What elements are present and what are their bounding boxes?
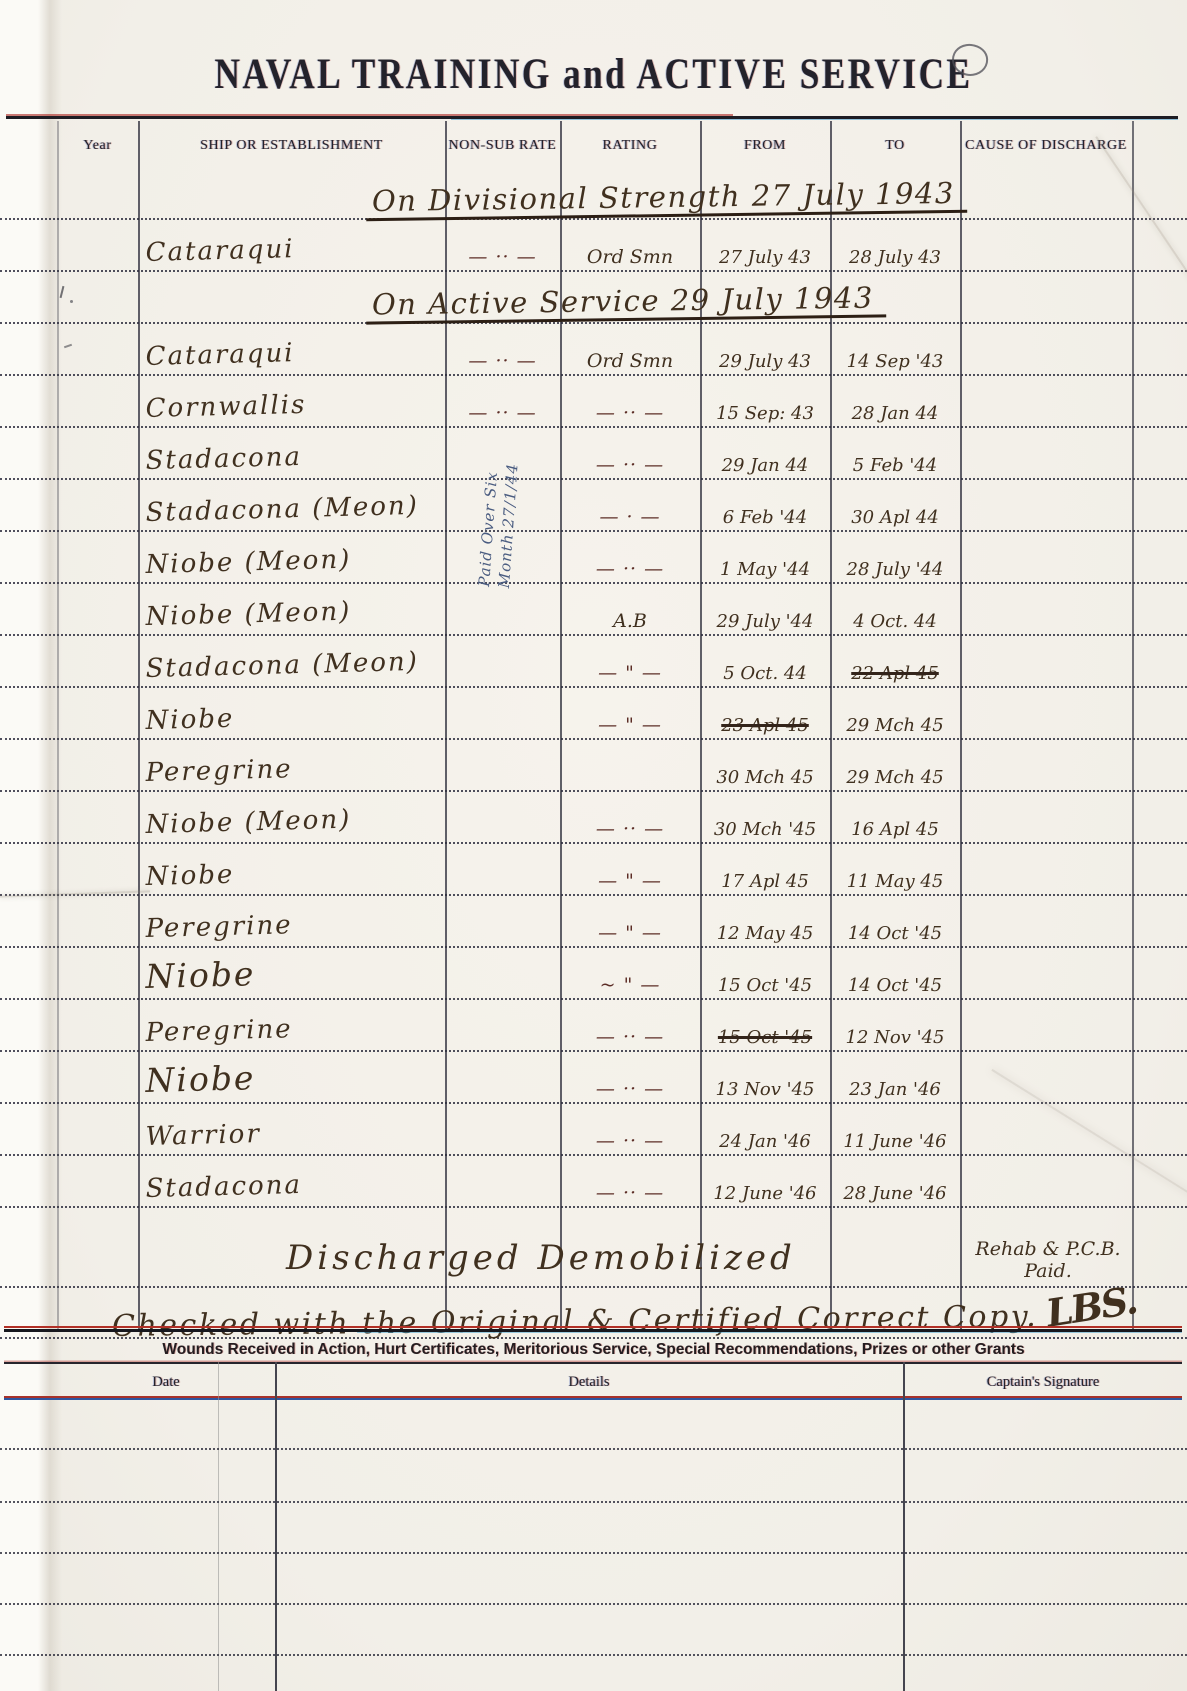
service-entry-row: Stadacona (Meon)— " —5 Oct. 4422 Apl 45 <box>0 636 1187 688</box>
cell-rating: — " — <box>560 662 700 684</box>
cause-of-discharge-note: Rehab & P.C.B. Paid. <box>962 1239 1134 1282</box>
cell-to: 29 Mch 45 <box>830 767 960 788</box>
cell-to: 4 Oct. 44 <box>830 611 960 632</box>
cell-rating: — " — <box>560 870 700 892</box>
service-entry-row: Peregrine— ·· —15 Oct '4512 Nov '45 <box>0 1000 1187 1052</box>
service-col-from: FROM <box>700 138 830 154</box>
cell-ship: Niobe <box>145 704 235 736</box>
cell-to: 23 Jan '46 <box>830 1079 960 1100</box>
certified-copy-text: Checked with the Original & Certified Co… <box>112 1299 1039 1344</box>
service-entry-row: Cornwallis— ·· —— ·· —15 Sep: 4328 Jan 4… <box>0 376 1187 428</box>
cell-ship: Warrior <box>145 1119 261 1152</box>
service-entry-row: Niobe (Meon)— ·· —30 Mch '4516 Apl 45 <box>0 792 1187 844</box>
cell-ship: Peregrine <box>145 910 293 944</box>
cell-ship: Cataraqui <box>145 338 295 372</box>
service-col-ship-or-establishment: SHIP OR ESTABLISHMENT <box>138 138 445 154</box>
cell-ship: Peregrine <box>145 1014 293 1048</box>
cell-rating: — ·· — <box>560 1182 700 1204</box>
cell-rating: — ·· — <box>560 1026 700 1048</box>
service-col-year: Year <box>57 138 138 154</box>
cell-ship: Stadacona <box>145 442 302 476</box>
cell-rating: — ·· — <box>560 454 700 476</box>
cell-ship: Niobe <box>145 860 235 892</box>
cell-rating: — " — <box>560 922 700 944</box>
cell-from: 15 Oct '45 <box>700 975 830 996</box>
service-entry-row: Niobe~ " —15 Oct '4514 Oct '45 <box>0 948 1187 1000</box>
ruled-line <box>0 1552 1187 1554</box>
cell-to: 28 July 43 <box>830 247 960 268</box>
service-entry-row: Niobe (Meon)— ·· —1 May '4428 July '44 <box>0 532 1187 584</box>
cell-ship: Peregrine <box>145 754 293 788</box>
cell-from: 12 June '46 <box>700 1183 830 1204</box>
cell-from: 30 Mch '45 <box>700 819 830 840</box>
cell-to: 11 June '46 <box>830 1131 960 1152</box>
cell-ship: Stadacona (Meon) <box>145 647 419 684</box>
cell-from: 24 Jan '46 <box>700 1131 830 1152</box>
service-entry-row: Niobe— ·· —13 Nov '4523 Jan '46 <box>0 1052 1187 1104</box>
cell-rating: — ·· — <box>560 402 700 424</box>
discharge-text: Discharged Demobilized <box>286 1238 796 1278</box>
service-entry-row: Cataraqui— ·· —Ord Smn27 July 4328 July … <box>0 220 1187 272</box>
cell-ship: Cornwallis <box>145 390 306 424</box>
cell-from: 12 May 45 <box>700 923 830 944</box>
cell-from: 30 Mch 45 <box>700 767 830 788</box>
ruled-line <box>0 1501 1187 1503</box>
service-entry-row: Peregrine30 Mch 4529 Mch 45 <box>0 740 1187 792</box>
cell-from: 27 July 43 <box>700 247 830 268</box>
cell-to: 11 May 45 <box>830 871 960 892</box>
ruled-line <box>0 1448 1187 1450</box>
service-entry-row: Stadacona (Meon)— · —6 Feb '4430 Apl 44 <box>0 480 1187 532</box>
cell-ship: Niobe (Meon) <box>145 805 351 840</box>
cell-to: 5 Feb '44 <box>830 455 960 476</box>
cell-ship: Stadacona (Meon) <box>145 491 419 528</box>
cell-rating: — ·· — <box>560 1130 700 1152</box>
cell-rating: Ord Smn <box>560 246 700 268</box>
service-entry-row: Warrior— ·· —24 Jan '4611 June '46 <box>0 1104 1187 1156</box>
cell-from: 29 July '44 <box>700 611 830 632</box>
service-section-row: On Divisional Strength 27 July 1943 <box>0 168 1187 220</box>
service-entry-row: Niobe (Meon)A.B29 July '444 Oct. 44 <box>0 584 1187 636</box>
service-col-to: TO <box>830 138 960 154</box>
service-table-rows: On Divisional Strength 27 July 1943Catar… <box>0 168 1187 1339</box>
cell-to: 30 Apl 44 <box>830 507 960 528</box>
cell-ship: Stadacona <box>145 1170 302 1204</box>
grants-divider-details-signature <box>903 1362 905 1691</box>
discharge-row: Discharged DemobilizedRehab & P.C.B. Pai… <box>0 1208 1187 1288</box>
cell-to: 28 July '44 <box>830 559 960 580</box>
ruled-line <box>0 1654 1187 1656</box>
cell-from: 29 July 43 <box>700 351 830 372</box>
service-entry-row: Stadacona— ·· —29 Jan 445 Feb '44 <box>0 428 1187 480</box>
service-entry-row: Peregrine— " —12 May 4514 Oct '45 <box>0 896 1187 948</box>
grants-col-details: Details <box>275 1374 903 1391</box>
cell-ship: Niobe (Meon) <box>145 597 351 632</box>
service-entry-row: Niobe— " —17 Apl 4511 May 45 <box>0 844 1187 896</box>
cell-rating: — ·· — <box>560 558 700 580</box>
cell-from: 17 Apl 45 <box>700 871 830 892</box>
service-entry-row: Niobe— " —23 Apl 4529 Mch 45 <box>0 688 1187 740</box>
cell-from: 23 Apl 45 <box>700 715 830 736</box>
cell-rating: — ·· — <box>560 1078 700 1100</box>
page-title: NAVAL TRAINING and ACTIVE SERVICE <box>107 50 1080 99</box>
cell-rating: — " — <box>560 714 700 736</box>
grants-col-captains-signature: Captain's Signature <box>903 1374 1183 1391</box>
cell-from: 13 Nov '45 <box>700 1079 830 1100</box>
cell-to: 28 June '46 <box>830 1183 960 1204</box>
grants-date-subline <box>218 1362 219 1691</box>
service-entry-row: Cataraqui— ·· —Ord Smn29 July 4314 Sep '… <box>0 324 1187 376</box>
service-entry-row: Stadacona— ·· —12 June '4628 June '46 <box>0 1156 1187 1208</box>
cell-from: 15 Oct '45 <box>700 1027 830 1048</box>
cell-from: 1 May '44 <box>700 559 830 580</box>
service-col-non-sub-rate: NON-SUB RATE <box>445 138 560 154</box>
cell-rating: A.B <box>560 610 700 632</box>
cell-to: 14 Sep '43 <box>830 351 960 372</box>
cell-from: 5 Oct. 44 <box>700 663 830 684</box>
cell-rating: ~ " — <box>560 974 700 996</box>
section-note-text: On Divisional Strength 27 July 1943 <box>366 176 967 221</box>
section-note-text: On Active Service 29 July 1943 <box>366 280 886 324</box>
cell-to: 29 Mch 45 <box>830 715 960 736</box>
grants-section-heading: Wounds Received in Action, Hurt Certific… <box>0 1341 1187 1359</box>
cell-to: 12 Nov '45 <box>830 1027 960 1048</box>
cell-nonsub: — ·· — <box>445 246 560 268</box>
cell-rating: Ord Smn <box>560 350 700 372</box>
cell-rating: — ·· — <box>560 818 700 840</box>
cell-ship big: Niobe <box>145 954 256 996</box>
section-divider-line <box>4 1326 1182 1334</box>
cell-to: 16 Apl 45 <box>830 819 960 840</box>
cell-rating: — · — <box>560 506 700 528</box>
cell-ship big: Niobe <box>145 1058 256 1100</box>
cell-from: 15 Sep: 43 <box>700 403 830 424</box>
stray-ink-mark <box>70 300 73 303</box>
title-rule <box>6 114 1178 120</box>
cell-from: 6 Feb '44 <box>700 507 830 528</box>
grants-col-date: Date <box>57 1374 275 1391</box>
cell-from: 29 Jan 44 <box>700 455 830 476</box>
cell-ship: Cataraqui <box>145 234 295 268</box>
service-section-row: On Active Service 29 July 1943 <box>0 272 1187 324</box>
cell-ship: Niobe (Meon) <box>145 545 351 580</box>
cell-to: 14 Oct '45 <box>830 975 960 996</box>
cell-to: 14 Oct '45 <box>830 923 960 944</box>
ruled-line <box>0 1603 1187 1605</box>
service-col-cause-of-discharge: CAUSE OF DISCHARGE <box>960 138 1132 154</box>
service-col-rating: RATING <box>560 138 700 154</box>
grants-table-top-rule <box>4 1362 1182 1364</box>
cell-to: 22 Apl 45 <box>830 663 960 684</box>
cell-to: 28 Jan 44 <box>830 403 960 424</box>
grants-divider-date-details <box>275 1362 277 1691</box>
grants-header-underline <box>4 1396 1182 1400</box>
scanned-document-page: NAVAL TRAINING and ACTIVE SERVICE YearSH… <box>0 0 1187 1691</box>
